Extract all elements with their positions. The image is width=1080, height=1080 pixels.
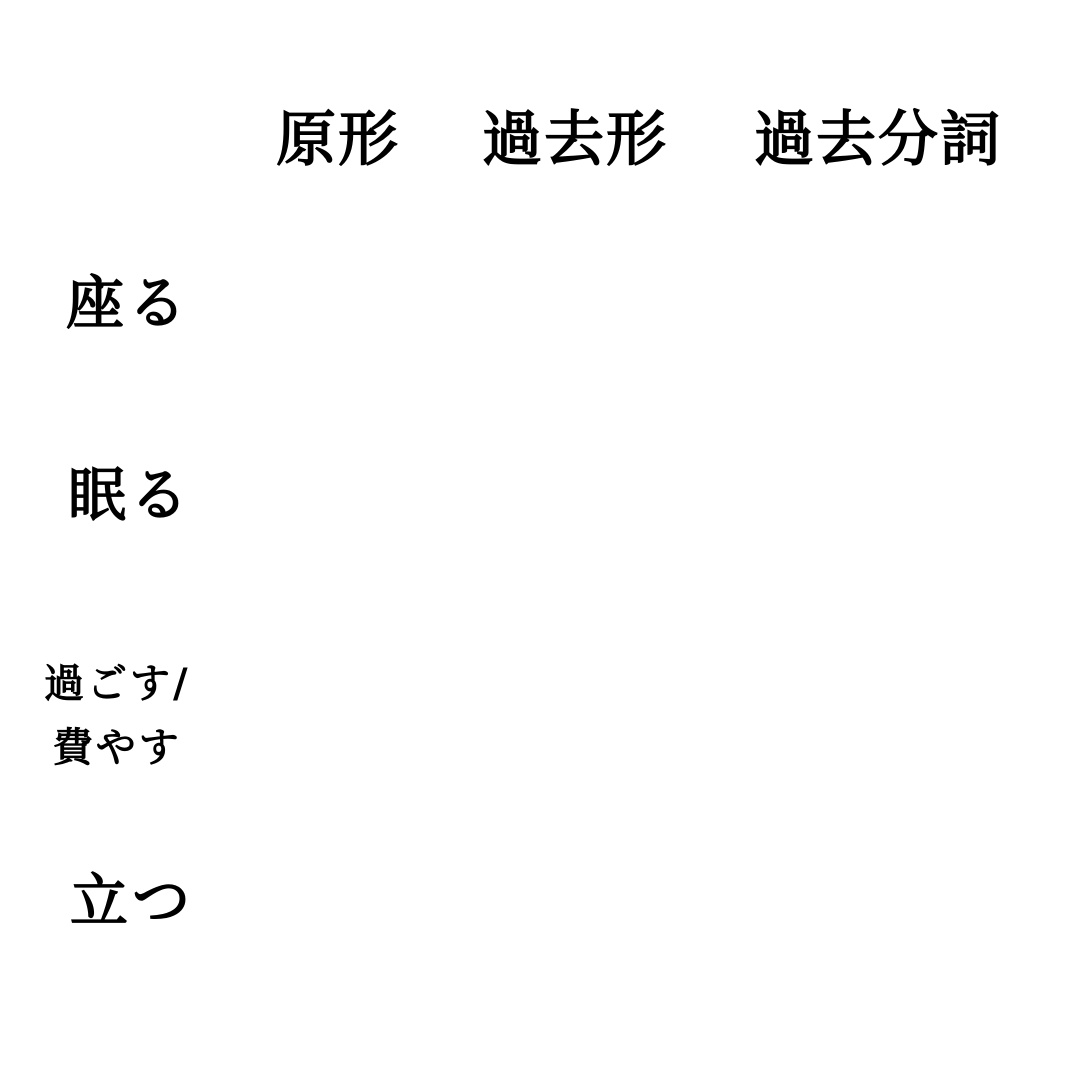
answer-cell-sit-base — [270, 268, 500, 340]
answer-cell-spend-base — [270, 668, 500, 740]
column-header-past-participle: 過去分詞 — [754, 110, 1002, 170]
answer-cell-sit-past — [478, 268, 708, 340]
answer-cell-sleep-past — [478, 460, 708, 532]
row-label-sit: 座る — [66, 274, 190, 332]
column-header-base-form: 原形 — [276, 110, 400, 170]
answer-cell-sit-participle — [752, 268, 982, 340]
answer-cell-spend-participle — [752, 668, 982, 740]
answer-cell-stand-base — [270, 866, 500, 938]
row-label-spend-line2: 費やす — [44, 728, 191, 768]
row-label-stand: 立つ — [70, 872, 194, 930]
answer-cell-sleep-participle — [752, 460, 982, 532]
answer-cell-stand-past — [478, 866, 708, 938]
row-label-sleep: 眠る — [68, 466, 192, 524]
answer-cell-spend-past — [478, 668, 708, 740]
answer-cell-sleep-base — [270, 460, 500, 532]
verb-quiz-card: 原形 過去形 過去分詞 座る 眠る 過ごす/ 費やす 立つ — [0, 0, 1080, 1080]
row-label-spend: 過ごす/ 費やす — [44, 664, 191, 768]
answer-cell-stand-participle — [752, 866, 982, 938]
column-header-past-form: 過去形 — [482, 110, 668, 170]
row-label-spend-line1: 過ごす/ — [44, 664, 191, 704]
